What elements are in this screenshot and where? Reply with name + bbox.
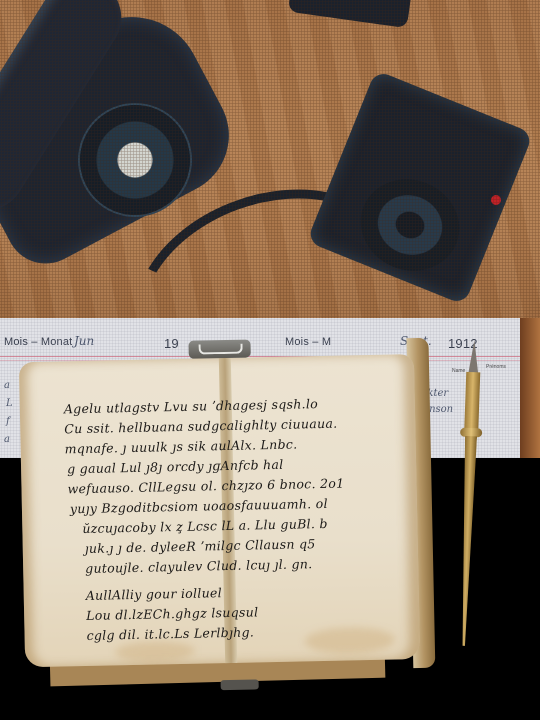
ledger-scribble: L	[6, 398, 13, 409]
pen-ring	[460, 428, 482, 438]
handwriting-line: AullAlliy gour iolluel	[86, 585, 223, 603]
wooden-desk	[0, 0, 540, 340]
pen-grip	[464, 372, 480, 432]
pen-nib	[468, 340, 479, 374]
open-notebook: Agelu utlagstv Lvu su ʼdhagesj sqsh.lo C…	[18, 336, 435, 685]
pen-shaft	[458, 436, 477, 646]
ledger-scribble: a	[4, 434, 10, 445]
ledger-scribble: a	[4, 380, 10, 391]
telephone-top-partial	[288, 0, 412, 28]
collage-scene: Mois – Monat Jun 19 Mois – M Sept. 1912 …	[0, 0, 540, 720]
notebook-clasp-top	[188, 339, 250, 358]
ledger-column-label: Prénoms	[486, 364, 506, 370]
red-button-indicator	[491, 195, 501, 205]
ledger-scribble: f	[6, 416, 10, 427]
rotary-dial-left	[80, 105, 190, 215]
notebook-clasp-bottom	[221, 679, 259, 690]
ledger-edge-shadow	[520, 318, 540, 458]
